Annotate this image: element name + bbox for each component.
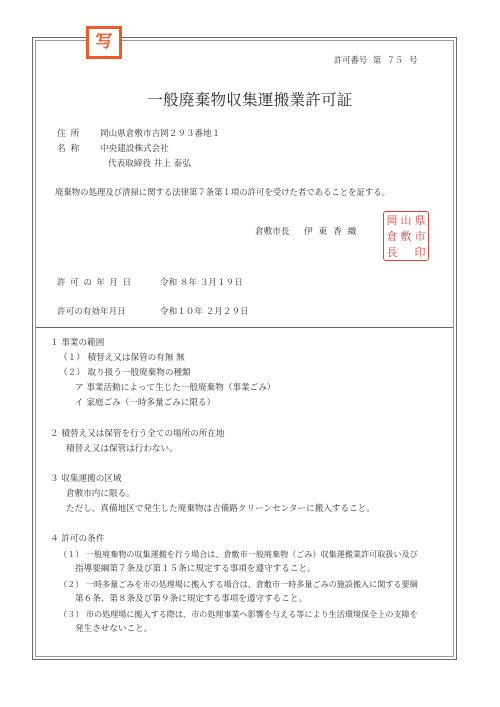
seal-char: 市 — [413, 229, 427, 245]
seal-char: 倉 — [385, 229, 399, 245]
section-divider — [36, 327, 453, 328]
official-seal: 岡 山 県 倉 敷 市 長 印 — [383, 211, 429, 261]
seal-char: 岡 — [385, 213, 399, 229]
seal-char: 県 — [413, 213, 427, 229]
condition-3-line-2: 発生させないこと。 — [75, 624, 152, 635]
representative: 代表取締役 井上 泰弘 — [108, 159, 191, 170]
section-4-heading: ４ 許可の条件 — [50, 534, 104, 545]
section-1-heading: １ 事業の範囲 — [50, 338, 104, 349]
expiry-date-label: 許可の有効年月日 — [57, 307, 126, 318]
permit-number: 許可番号 第 ７５ 号 — [334, 54, 417, 66]
seal-char: 印 — [413, 245, 427, 261]
section-1-item-2a: ア 事業活動によって生じた一般廃棄物（事業ごみ） — [75, 383, 275, 394]
company-name-label: 名称 — [57, 144, 84, 155]
company-name-value: 中央建設株式会社 — [100, 144, 169, 155]
condition-2-line-1: （２） 一時多量ごみを市の処理場に搬入する場合は、倉敷市一時多量ごみの施設搬入に… — [59, 579, 418, 590]
condition-1-line-2: 指導要綱第７条及び第１５条に規定する事項を遵守すること。 — [75, 564, 316, 575]
permit-date-label: 許可の年月日 — [57, 278, 136, 289]
issuer-name: 伊東香織 — [304, 227, 362, 238]
section-1-item-1: （１） 積替え又は保管の有無 無 — [59, 353, 185, 364]
section-3-heading: ３ 収集運搬の区域 — [50, 474, 121, 485]
address-value: 岡山県倉敷市吉岡２９３番地１ — [100, 129, 220, 140]
condition-2-line-2: 第６条、第８条及び第９条に規定する事項を遵守すること。 — [75, 594, 307, 605]
document-title: 一般廃棄物収集運搬業許可証 — [0, 88, 500, 110]
permit-date-value: 令和 ８年 ３月１９日 — [160, 278, 243, 289]
address-label: 住所 — [57, 129, 84, 140]
certification-statement: 廃棄物の処理及び清掃に関する法律第７条第１項の許可を受けた者であることを証する。 — [55, 187, 390, 198]
condition-3-line-1: （３） 市の処理場に搬入する際は、市の処理事業へ影響を与える等により生活環境保全… — [59, 609, 418, 620]
expiry-date-value: 令和１０年 ２月２９日 — [160, 307, 249, 318]
seal-char: 敷 — [399, 229, 413, 245]
section-1-item-2: （２） 取り扱う一般廃棄物の種類 — [59, 368, 191, 379]
section-2-heading: ２ 積替え又は保管を行う全ての場所の所在地 — [50, 429, 225, 440]
copy-stamp: 写 — [86, 26, 122, 59]
condition-1-line-1: （１） 一般廃棄物の収集運搬を行う場合は、倉敷市一般廃棄物（ごみ）収集運搬業許可… — [59, 549, 418, 560]
section-3-body-2: ただし、真備地区で発生した廃棄物は吉備路クリーンセンターに搬入すること。 — [66, 504, 375, 515]
section-3-body-1: 倉敷市内に限る。 — [66, 489, 135, 500]
seal-char: 山 — [399, 213, 413, 229]
section-1-item-2b: イ 家庭ごみ（一時多量ごみに限る） — [75, 398, 215, 409]
seal-char — [399, 245, 413, 261]
seal-char: 長 — [385, 245, 399, 261]
issuer-title: 倉敷市長 — [255, 227, 289, 238]
section-2-body: 積替え又は保管は行わない。 — [66, 444, 178, 455]
